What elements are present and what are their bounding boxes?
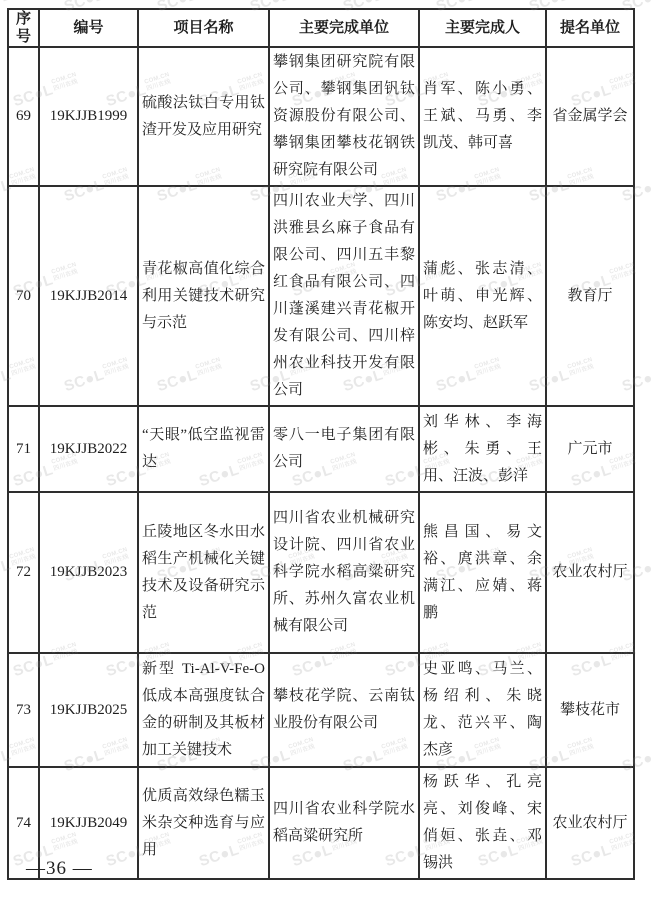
cell-project: 硫酸法钛白专用钛渣开发及应用研究 bbox=[138, 47, 269, 186]
cell-units: 攀枝花学院、云南钛业股份有限公司 bbox=[269, 653, 419, 767]
table-row: 73 19KJJB2025 新型 Ti-Al-V-Fe-O 低成本高强度钛合金的… bbox=[8, 653, 634, 767]
awards-table: 序号 编号 项目名称 主要完成单位 主要完成人 提名单位 69 19KJJB19… bbox=[7, 8, 635, 880]
cell-people: 蒲彪、张志清、叶萌、申光辉、陈安均、赵跃军 bbox=[419, 186, 546, 406]
col-header-people: 主要完成人 bbox=[419, 9, 546, 47]
cell-people: 肖军、陈小勇、王斌、马勇、李凯茂、韩可喜 bbox=[419, 47, 546, 186]
cell-code: 19KJJB2023 bbox=[39, 492, 138, 653]
page-number: —36 — bbox=[26, 858, 93, 880]
col-header-code: 编号 bbox=[39, 9, 138, 47]
cell-units: 攀钢集团研究院有限公司、攀钢集团钒钛资源股份有限公司、攀钢集团攀枝花钢铁研究院有… bbox=[269, 47, 419, 186]
cell-code: 19KJJB1999 bbox=[39, 47, 138, 186]
table-row: 72 19KJJB2023 丘陵地区冬水田水稻生产机械化关键技术及设备研究示范 … bbox=[8, 492, 634, 653]
cell-people: 史亚鸣、马兰、杨绍利、朱晓龙、范兴平、陶杰彦 bbox=[419, 653, 546, 767]
document-page: 序号 编号 项目名称 主要完成单位 主要完成人 提名单位 69 19KJJB19… bbox=[0, 0, 651, 900]
cell-serial: 71 bbox=[8, 406, 39, 492]
col-header-nominator: 提名单位 bbox=[546, 9, 634, 47]
cell-serial: 70 bbox=[8, 186, 39, 406]
cell-nominator: 农业农村厅 bbox=[546, 767, 634, 879]
table-row: 74 19KJJB2049 优质高效绿色糯玉米杂交种选育与应用 四川省农业科学院… bbox=[8, 767, 634, 879]
cell-project: 青花椒高值化综合利用关键技术研究与示范 bbox=[138, 186, 269, 406]
cell-code: 19KJJB2025 bbox=[39, 653, 138, 767]
cell-nominator: 教育厅 bbox=[546, 186, 634, 406]
cell-project: 新型 Ti-Al-V-Fe-O 低成本高强度钛合金的研制及其板材加工关键技术 bbox=[138, 653, 269, 767]
cell-code: 19KJJB2022 bbox=[39, 406, 138, 492]
col-header-project: 项目名称 bbox=[138, 9, 269, 47]
cell-serial: 72 bbox=[8, 492, 39, 653]
table-row: 71 19KJJB2022 “天眼”低空监视雷达 零八一电子集团有限公司 刘华林… bbox=[8, 406, 634, 492]
cell-project: 丘陵地区冬水田水稻生产机械化关键技术及设备研究示范 bbox=[138, 492, 269, 653]
col-header-serial: 序号 bbox=[8, 9, 39, 47]
cell-units: 四川省农业机械研究设计院、四川省农业科学院水稻高粱研究所、苏州久富农业机械有限公… bbox=[269, 492, 419, 653]
col-header-units: 主要完成单位 bbox=[269, 9, 419, 47]
cell-people: 杨跃华、孔亮亮、刘俊峰、宋俏姮、张垚、邓锡洪 bbox=[419, 767, 546, 879]
cell-nominator: 广元市 bbox=[546, 406, 634, 492]
table-row: 70 19KJJB2014 青花椒高值化综合利用关键技术研究与示范 四川农业大学… bbox=[8, 186, 634, 406]
table-header-row: 序号 编号 项目名称 主要完成单位 主要完成人 提名单位 bbox=[8, 9, 634, 47]
cell-units: 零八一电子集团有限公司 bbox=[269, 406, 419, 492]
cell-serial: 69 bbox=[8, 47, 39, 186]
table-row: 69 19KJJB1999 硫酸法钛白专用钛渣开发及应用研究 攀钢集团研究院有限… bbox=[8, 47, 634, 186]
cell-project: “天眼”低空监视雷达 bbox=[138, 406, 269, 492]
cell-serial: 73 bbox=[8, 653, 39, 767]
cell-people: 刘华林、李海彬、朱勇、王用、汪波、彭洋 bbox=[419, 406, 546, 492]
cell-nominator: 省金属学会 bbox=[546, 47, 634, 186]
cell-units: 四川省农业科学院水稻高粱研究所 bbox=[269, 767, 419, 879]
cell-code: 19KJJB2014 bbox=[39, 186, 138, 406]
cell-nominator: 攀枝花市 bbox=[546, 653, 634, 767]
cell-units: 四川农业大学、四川洪雅县幺麻子食品有限公司、四川五丰黎红食品有限公司、四川蓬溪建… bbox=[269, 186, 419, 406]
cell-people: 熊昌国、易文裕、庹洪章、余满江、应婧、蒋鹏 bbox=[419, 492, 546, 653]
cell-project: 优质高效绿色糯玉米杂交种选育与应用 bbox=[138, 767, 269, 879]
cell-nominator: 农业农村厅 bbox=[546, 492, 634, 653]
